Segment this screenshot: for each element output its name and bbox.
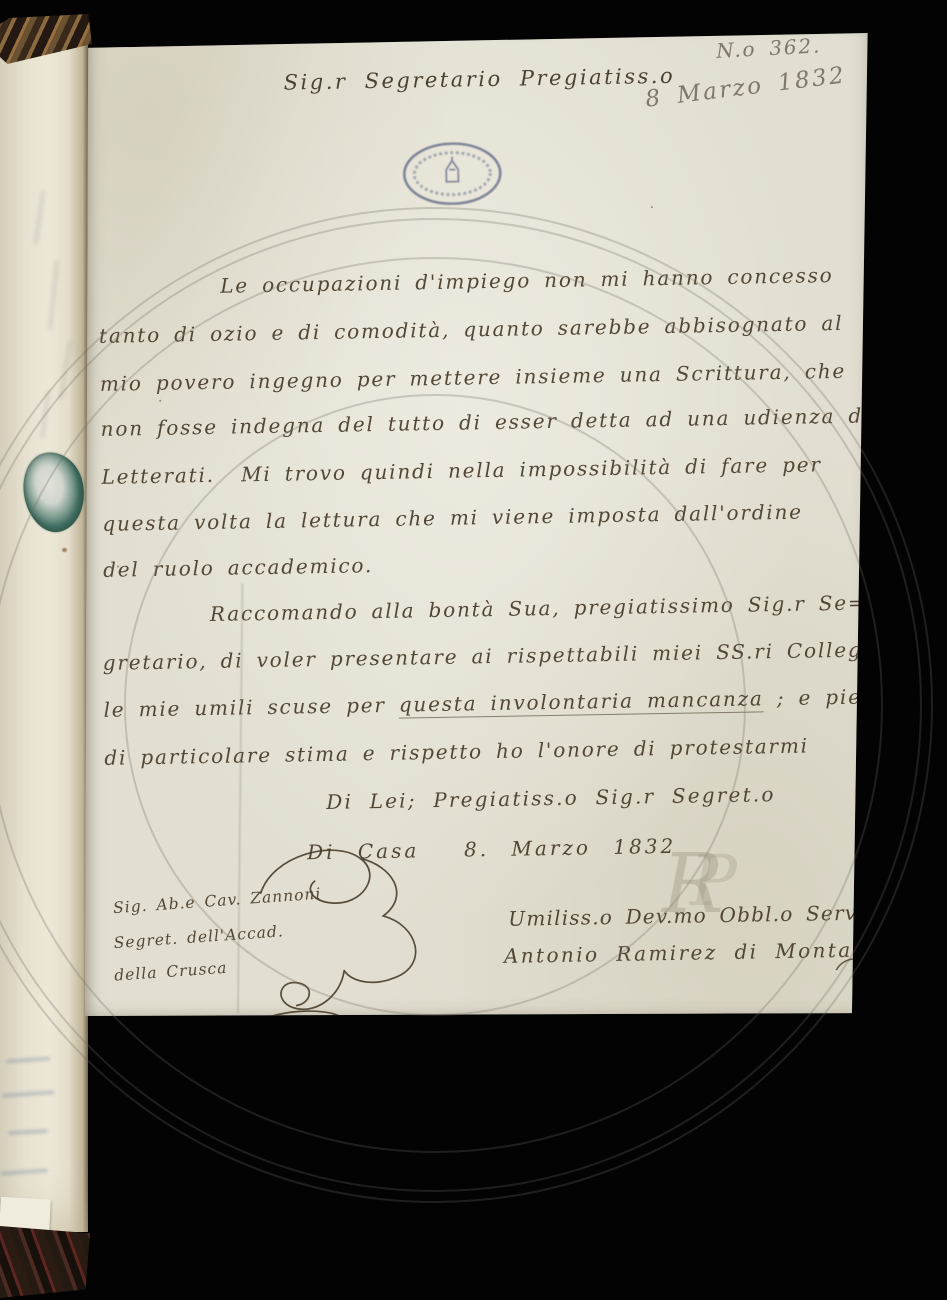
paraph-flourish-icon <box>242 835 455 1034</box>
showthrough-text-smudge <box>0 1168 48 1175</box>
valediction-line: Di Lei; Pregiatiss.o Sig.r Segret.o <box>326 782 776 814</box>
paper-speck <box>651 206 653 208</box>
marbled-edge-bottom <box>0 1226 90 1298</box>
underlined-phrase: questa involontaria mancanza <box>399 686 764 718</box>
address-line: della Crusca <box>114 959 228 985</box>
showthrough-text-smudge <box>2 1090 54 1098</box>
ink-spot <box>62 548 67 552</box>
paper-speck <box>117 566 119 568</box>
letter-line: gretario, di voler presentare ai rispett… <box>103 637 886 675</box>
ref-number-annotation: N.o 362. <box>716 33 822 62</box>
letter-page-content: Sig.r Segretario Pregiatiss.o N.o 362. 8… <box>88 32 885 1020</box>
scanned-letter-photo: Sig.r Segretario Pregiatiss.o N.o 362. 8… <box>0 0 947 1300</box>
signoff-line: Umiliss.o Dev.mo Obbl.o Servit.re <box>508 900 906 931</box>
showthrough-text-smudge <box>34 190 45 245</box>
showthrough-text-smudge <box>6 1056 50 1063</box>
letter-line: Letterati. Mi trovo quindi nella impossi… <box>101 452 822 489</box>
letter-line: mio povero ingegno per mettere insieme u… <box>100 359 847 396</box>
book-spine-strip <box>0 30 88 1232</box>
paper-speck <box>159 400 161 402</box>
showthrough-text-smudge <box>41 390 50 438</box>
letter-line: Le occupazioni d'impiego non mi hanno co… <box>220 263 834 298</box>
letter-line: di particolare stima e rispetto ho l'ono… <box>104 734 809 770</box>
letter-line: tanto di ozio e di comodità, quanto sare… <box>99 311 844 348</box>
library-oval-stamp-icon <box>400 139 505 209</box>
letter-line: Raccomando alla bontà Sua, pregiatissimo… <box>210 591 867 626</box>
showthrough-text-smudge <box>59 340 71 400</box>
letter-line-segment: le mie umili scuse per <box>103 693 399 722</box>
letter-line: le mie umili scuse per questa involontar… <box>103 684 890 722</box>
showthrough-text-smudge <box>8 1129 48 1135</box>
letter-line-segment: ; e pieno <box>763 684 890 710</box>
signature-line: Antonio Ramirez di Montalvo <box>504 937 890 968</box>
showthrough-text-smudge <box>48 260 58 330</box>
pen-curl-icon <box>834 957 874 978</box>
letter-line: questa volta la lettura che mi viene imp… <box>102 500 803 536</box>
letter-line: del ruolo accademico. <box>103 553 373 582</box>
letter-page: Sig.r Segretario Pregiatiss.o N.o 362. 8… <box>85 30 870 1020</box>
salutation-line: Sig.r Segretario Pregiatiss.o <box>283 64 675 95</box>
letter-line: non fosse indegna del tutto di esser det… <box>100 403 871 440</box>
